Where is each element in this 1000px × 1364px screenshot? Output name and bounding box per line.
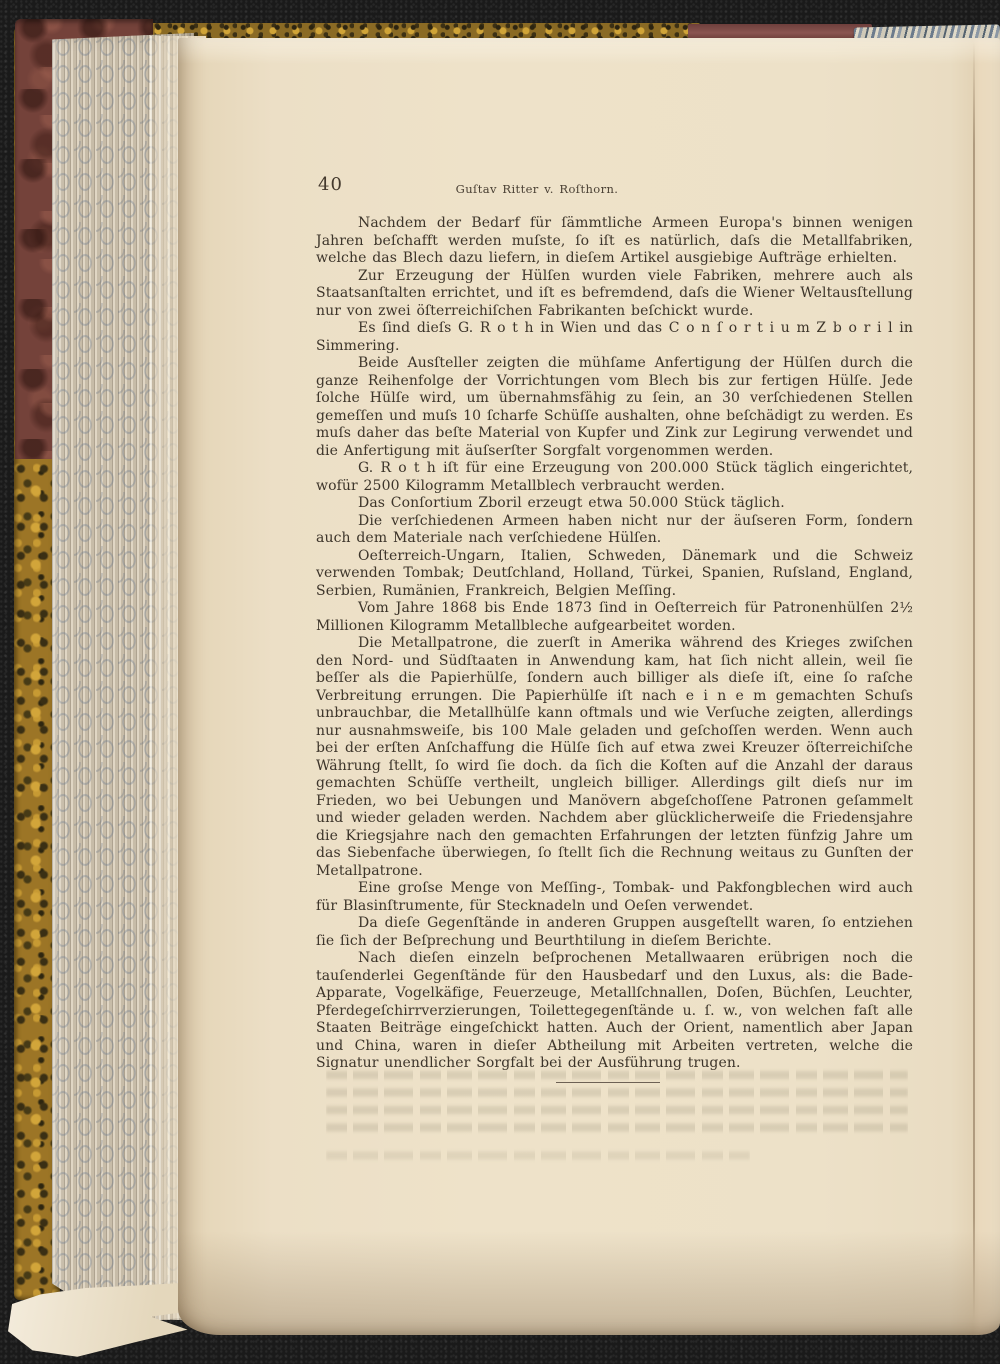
paragraph: Es ſind dieſs G. R o t h in Wien und das… (316, 320, 913, 355)
paragraph: Die Metallpatrone, die zuerſt in Amerika… (316, 635, 913, 880)
paragraph: Beide Ausſteller zeigten die mühſame Anf… (316, 355, 913, 460)
gutter-crease (973, 42, 975, 1320)
paragraph: Eine groſse Menge von Meſſing-, Tombak- … (316, 880, 913, 915)
bleedthrough-text (326, 1064, 908, 1136)
paragraph: Zur Erzeugung der Hülſen wurden viele Fa… (316, 268, 913, 321)
paragraph: Oeſterreich-Ungarn, Italien, Schweden, D… (316, 548, 913, 601)
body-text: Nachdem der Bedarf für ſämmtliche Armeen… (316, 215, 913, 1073)
paragraph: Die verſchiedenen Armeen haben nicht nur… (316, 513, 913, 548)
paragraph: Nachdem der Bedarf für ſämmtliche Armeen… (316, 215, 913, 268)
book-top-edge-marble (120, 23, 700, 39)
paragraph: Da dieſe Gegenſtände in anderen Gruppen … (316, 915, 913, 950)
paragraph: Nach dieſen einzeln beſprochenen Metallw… (316, 950, 913, 1073)
scanned-book-photo: 40 Guſtav Ritter v. Roſthorn. Nachdem de… (0, 0, 1000, 1364)
paragraph: Das Conſortium Zboril erzeugt etwa 50.00… (316, 495, 913, 513)
page-number: 40 (318, 174, 343, 195)
paragraph: G. R o t h iſt für eine Erzeugung von 20… (316, 460, 913, 495)
bleedthrough-text (326, 1148, 750, 1164)
paragraph: Vom Jahre 1868 bis Ende 1873 ſind in Oeſ… (316, 600, 913, 635)
running-head: Guſtav Ritter v. Roſthorn. (377, 182, 697, 196)
